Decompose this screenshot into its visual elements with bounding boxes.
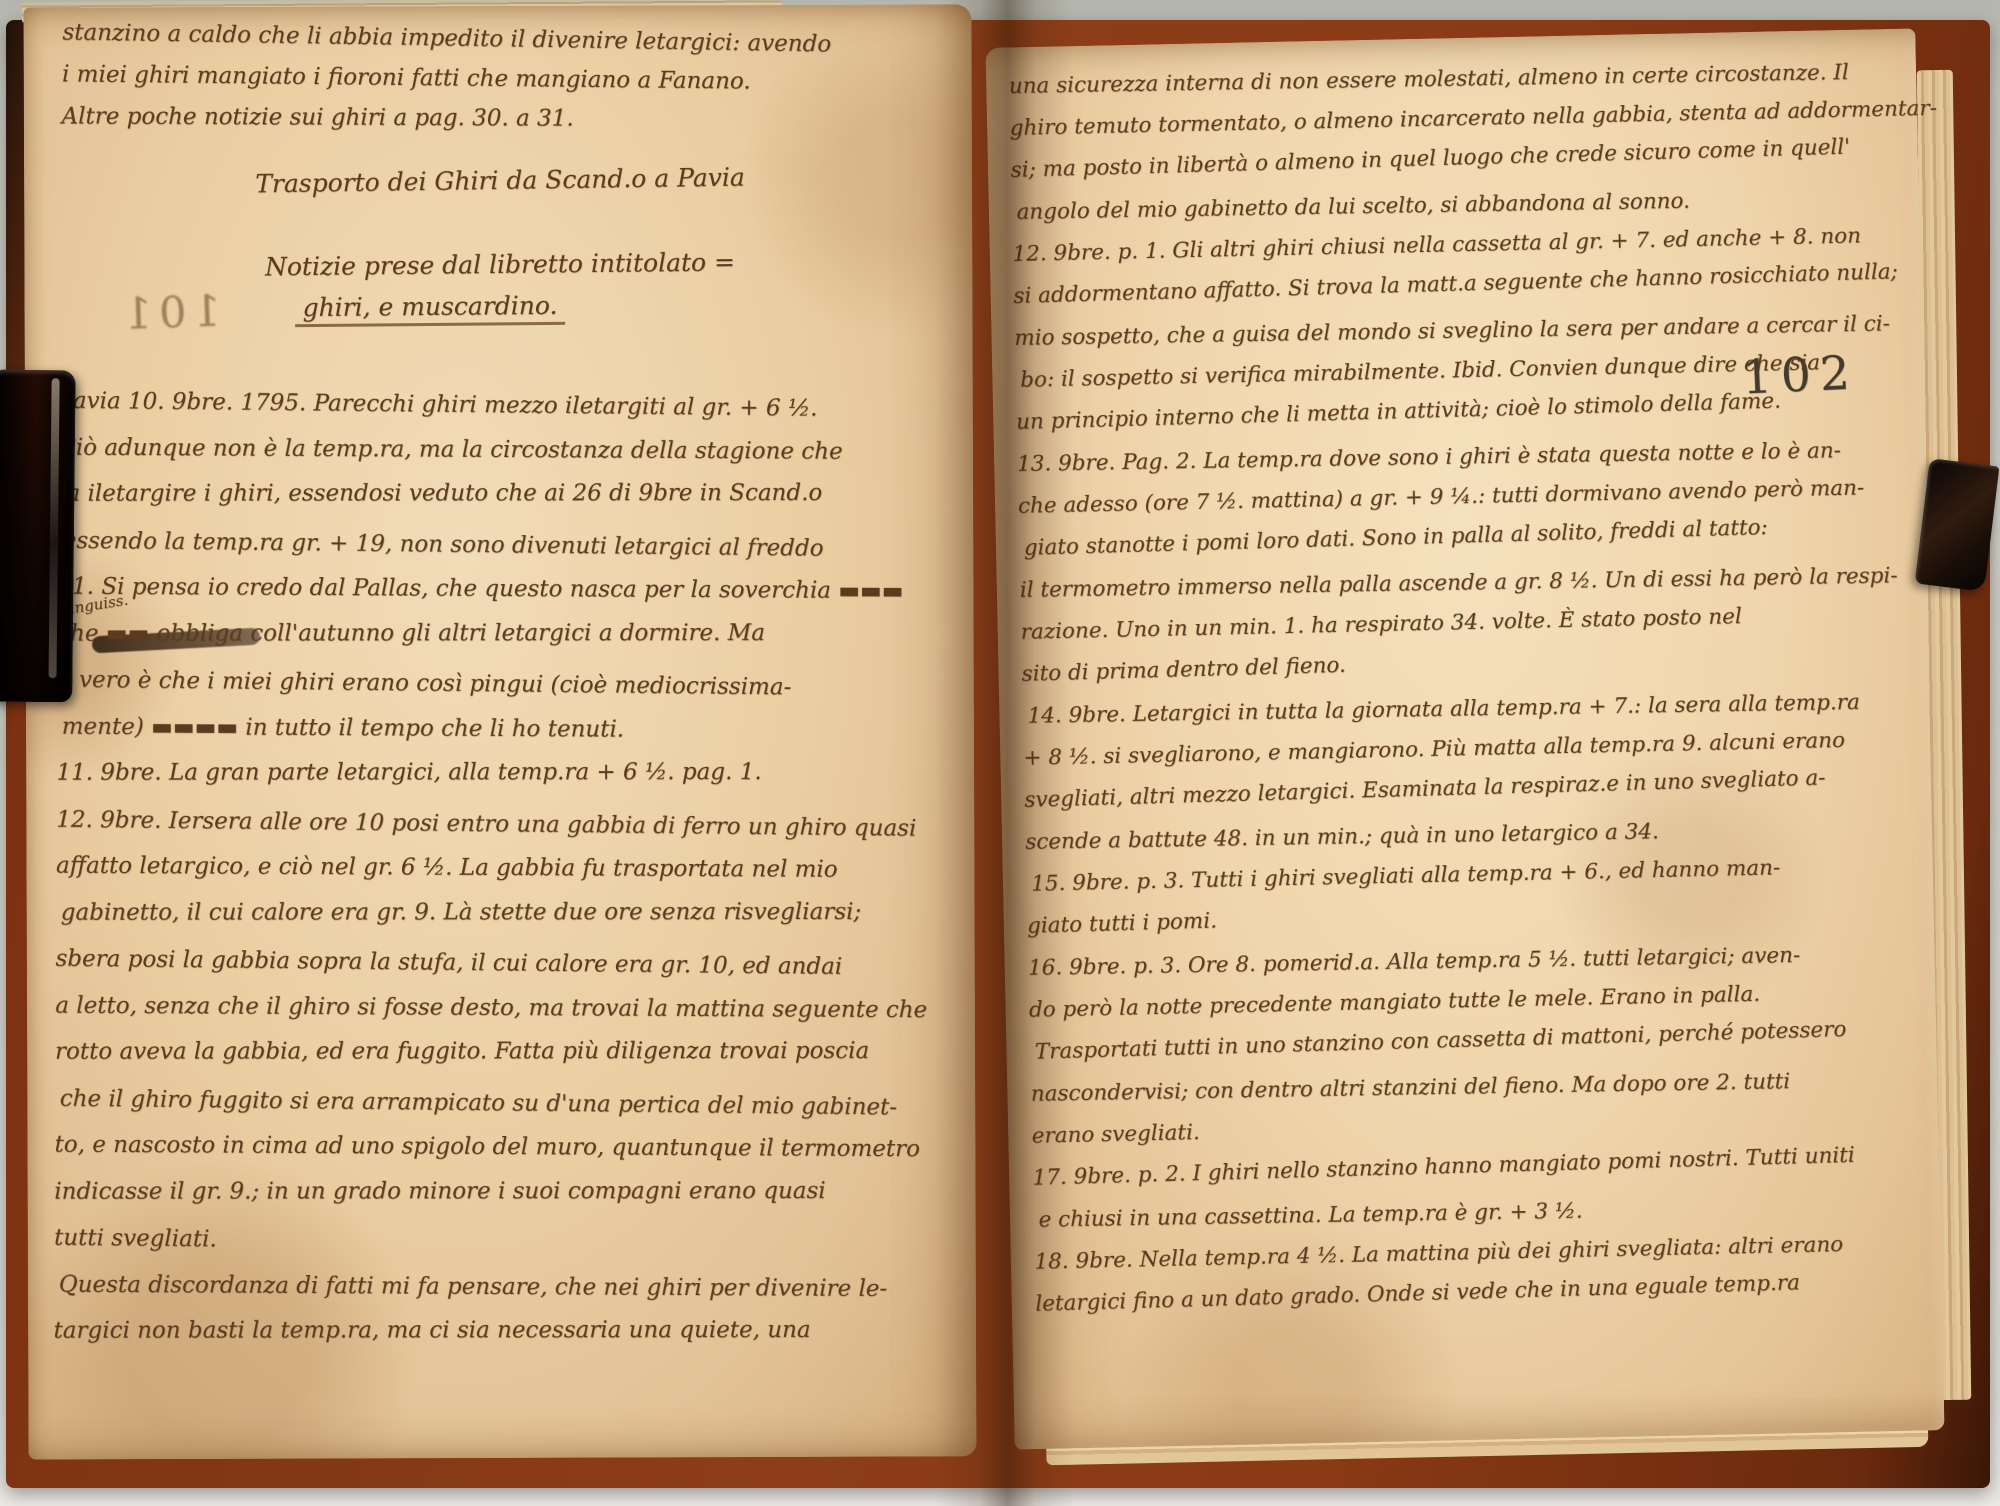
left-page-opening-paragraph: stanzino a caldo che li abbia impedito i… — [61, 11, 942, 146]
manuscript-line: rotto aveva la gabbia, ed era fuggito. F… — [55, 1028, 949, 1075]
manuscript-line: che il ghiro fuggito si era arrampicato … — [60, 1075, 949, 1131]
manuscript-line: il vero è che i miei ghiri erano così pi… — [57, 657, 951, 713]
heading-ghiri-muscardino: ghiri, e muscardino. — [220, 290, 640, 328]
manuscript-line: gabinetto, il cui calore era gr. 9. Là s… — [61, 888, 950, 935]
manuscript-line: Altre poche notizie sui ghiri a pag. 30.… — [61, 95, 941, 141]
manuscript-line: indicasse il gr. 9.; in un grado minore … — [54, 1167, 948, 1214]
manuscript-line: Pavia 10. 9bre. 1795. Parecchi ghiri mez… — [58, 378, 952, 434]
left-page-body-text: Pavia 10. 9bre. 1795. Parecchi ghiri mez… — [53, 378, 952, 1359]
manuscript-line: fa iletargire i ghiri, essendosi veduto … — [58, 470, 952, 517]
showthrough-page-number: 101 — [117, 286, 222, 340]
manuscript-line: essendo la temp.ra gr. + 19, non sono di… — [62, 517, 951, 573]
manuscript-line: sbera posi la gabbia sopra la stufa, il … — [55, 936, 949, 992]
manuscript-line: 11. 9bre. La gran parte letargici, alla … — [56, 749, 950, 796]
manuscript-line: 12. 9bre. Iersera alle ore 10 posi entro… — [56, 796, 950, 852]
right-page-body-text: una sicurezza interna di non essere mole… — [1008, 46, 1935, 1325]
binder-clip-left-icon — [0, 370, 76, 703]
underlined-title: ghiri, e muscardino. — [294, 291, 565, 327]
manuscript-line: tutti svegliati. — [54, 1215, 948, 1271]
manuscript-photograph: 101 stanzino a caldo che li abbia impedi… — [0, 0, 2000, 1506]
manuscript-line: che ▬▬ obbliga coll'autunno gli altri le… — [57, 609, 951, 656]
manuscript-line: targici non basti la temp.ra, ma ci sia … — [54, 1307, 948, 1354]
